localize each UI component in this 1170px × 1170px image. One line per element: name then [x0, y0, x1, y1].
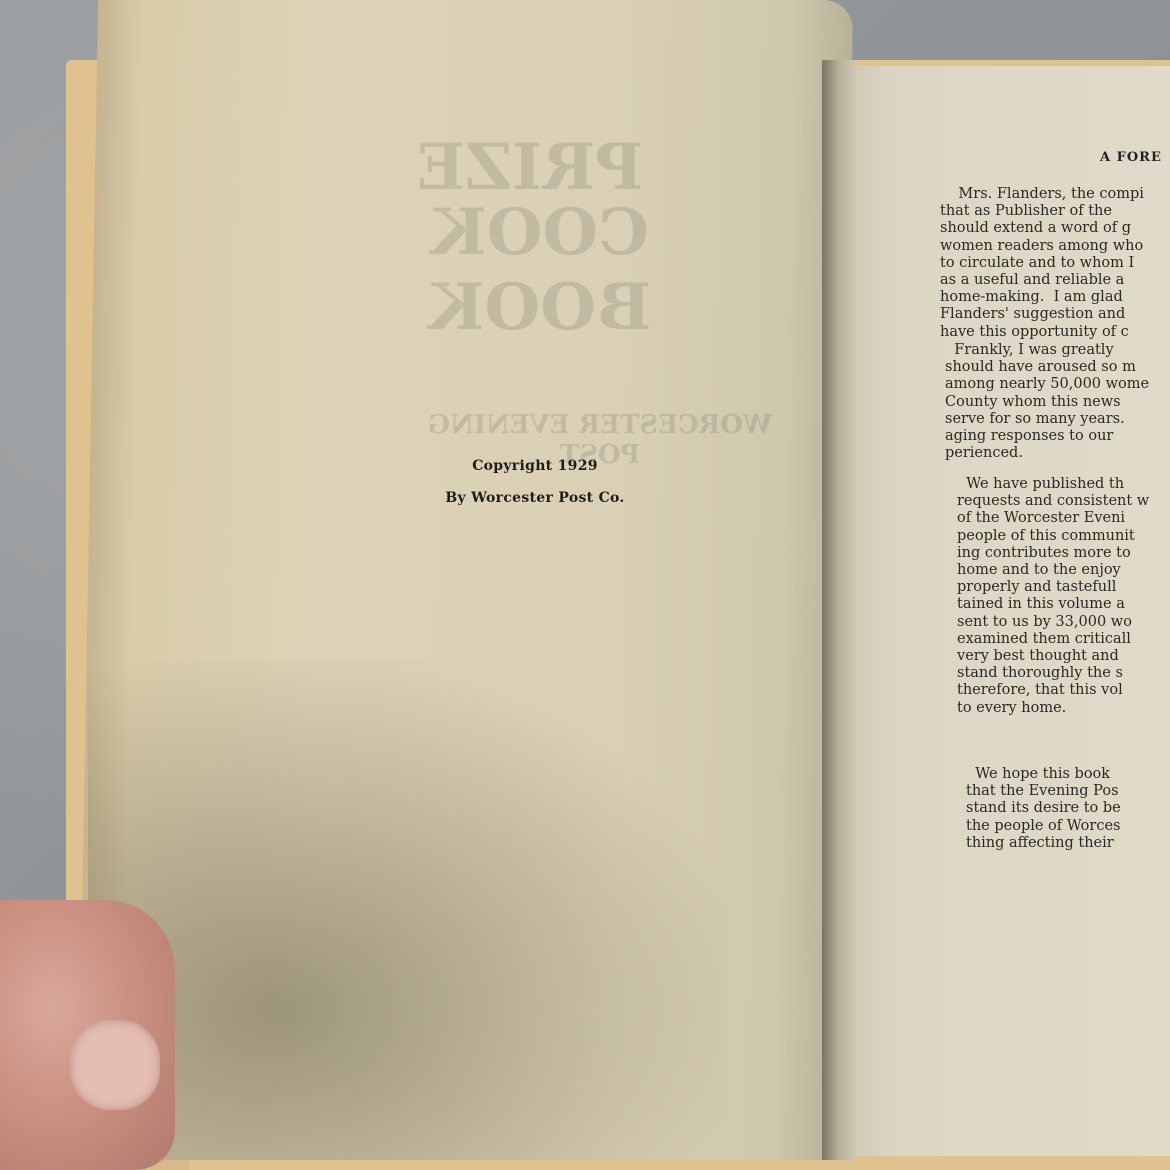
book-gutter — [822, 60, 856, 1160]
foreword-paragraph: Frankly, I was greatly should have arous… — [945, 342, 1149, 462]
foreword-paragraph: We hope this book that the Evening Pos s… — [966, 766, 1121, 852]
foreword-paragraph: Mrs. Flanders, the compi that as Publish… — [940, 186, 1144, 341]
foreword-heading: A FORE — [1100, 150, 1162, 165]
foreword-paragraph: We have published th requests and consis… — [957, 476, 1149, 717]
show-through-title-line1: PRIZE — [380, 130, 680, 205]
thumbnail — [70, 1020, 160, 1110]
copyright-notice: Copyright 1929 By Worcester Post Co. — [410, 450, 660, 514]
show-through-title-line2: COOK BOOK — [330, 195, 750, 345]
shadow — [88, 660, 728, 1160]
copyright-line: Copyright 1929 — [410, 450, 660, 482]
publisher-line: By Worcester Post Co. — [410, 482, 660, 514]
